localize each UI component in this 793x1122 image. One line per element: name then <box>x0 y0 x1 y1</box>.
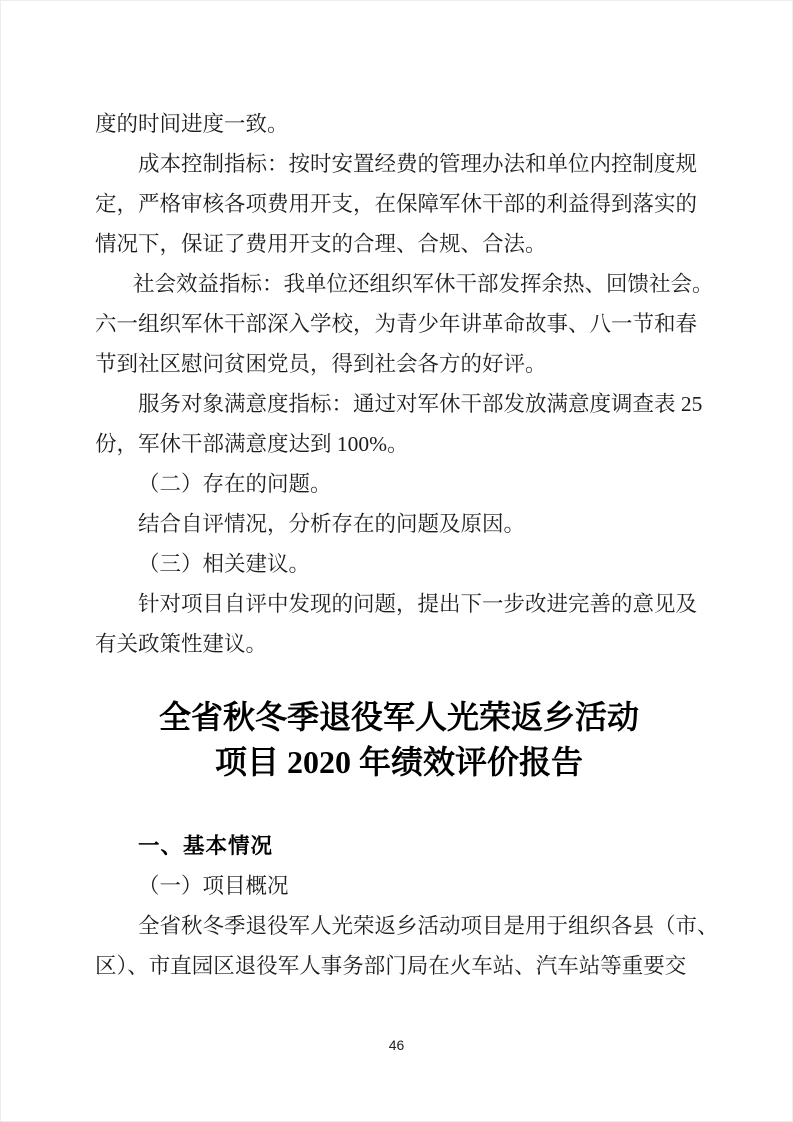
report-title-line-1: 全省秋冬季退役军人光荣返乡活动 <box>95 695 703 740</box>
body-line: 有关政策性建议。 <box>95 624 707 664</box>
body-line: 节到社区慰问贫困党员，得到社会各方的好评。 <box>95 344 707 384</box>
section-heading: 一、基本情况 <box>95 826 707 866</box>
paragraph-start-line: 服务对象满意度指标：通过对军休干部发放满意度调查表 25 <box>95 384 707 424</box>
paragraph-start-line: 针对项目自评中发现的问题，提出下一步改进完善的意见及 <box>95 584 707 624</box>
paragraph-start-line: 全省秋冬季退役军人光荣返乡活动项目是用于组织各县（市、 <box>95 906 707 946</box>
document-page: 度的时间进度一致。 成本控制指标：按时安置经费的管理办法和单位内控制度规 定，严… <box>0 0 793 1122</box>
body-line: 区）、市直园区退役军人事务部门局在火车站、汽车站等重要交 <box>95 946 707 986</box>
section-block: 一、基本情况 （一）项目概况 全省秋冬季退役军人光荣返乡活动项目是用于组织各县（… <box>95 826 707 986</box>
body-text-block: 度的时间进度一致。 成本控制指标：按时安置经费的管理办法和单位内控制度规 定，严… <box>95 104 707 664</box>
page-number: 46 <box>0 1037 793 1053</box>
paragraph-start-line: 社会效益指标：我单位还组织军休干部发挥余热、回馈社会。 <box>95 264 707 304</box>
paragraph-start-line: 结合自评情况，分析存在的问题及原因。 <box>95 504 707 544</box>
body-line: 六一组织军休干部深入学校，为青少年讲革命故事、八一节和春 <box>95 304 707 344</box>
body-line: 情况下，保证了费用开支的合理、合规、合法。 <box>95 224 707 264</box>
body-line: 份，军休干部满意度达到 100%。 <box>95 424 707 464</box>
subsection-heading-line: （二）存在的问题。 <box>95 464 707 504</box>
paragraph-start-line: 成本控制指标：按时安置经费的管理办法和单位内控制度规 <box>95 144 707 184</box>
body-line: 度的时间进度一致。 <box>95 104 707 144</box>
body-line: 定，严格审核各项费用开支，在保障军休干部的利益得到落实的 <box>95 184 707 224</box>
subsection-heading-line: （三）相关建议。 <box>95 544 707 584</box>
subsection-heading: （一）项目概况 <box>95 866 707 906</box>
report-title-line-2: 项目 2020 年绩效评价报告 <box>95 740 703 785</box>
report-title: 全省秋冬季退役军人光荣返乡活动 项目 2020 年绩效评价报告 <box>95 695 703 785</box>
